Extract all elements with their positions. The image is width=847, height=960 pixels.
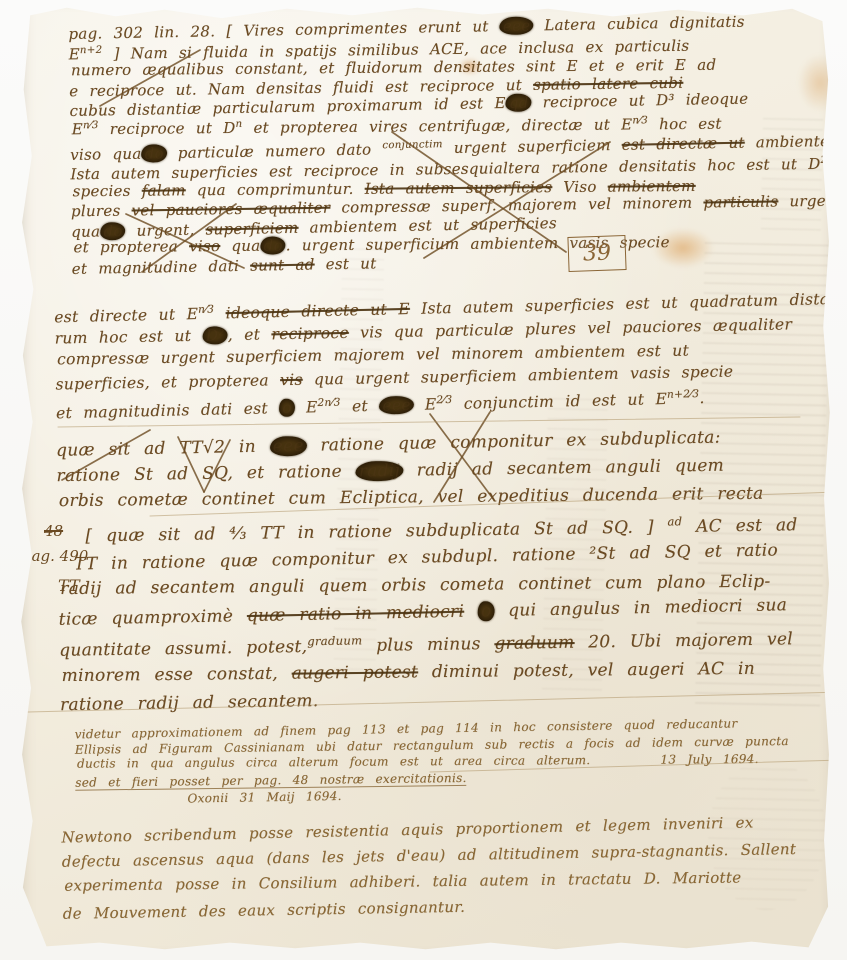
- page-number-box: 39: [567, 235, 626, 272]
- manuscript-block-3: quæ sit ad TT√2 in eee ratione quæ compo…: [56, 424, 840, 720]
- manuscript-block-4: videtur approximationem ad finem pag 113…: [75, 715, 846, 807]
- margin-note-48: 48: [44, 522, 63, 540]
- manuscript-block-2: est directe ut En⁄3 ideoque directe ut E…: [54, 286, 836, 424]
- paper-sheet: pag. 302 lin. 28. [ Vires comprimentes e…: [18, 4, 833, 954]
- margin-note-pag-490: pag. 490: [22, 547, 88, 565]
- manuscript-block-1: pag. 302 lin. 28. [ Vires comprimentes e…: [68, 13, 831, 277]
- margin-note-tt: TT: [58, 576, 80, 595]
- scan-background: pag. 302 lin. 28. [ Vires comprimentes e…: [0, 0, 847, 960]
- page-number: 39: [583, 241, 612, 267]
- manuscript-block-5: Newtono scribendum posse resistentia aqu…: [61, 809, 843, 927]
